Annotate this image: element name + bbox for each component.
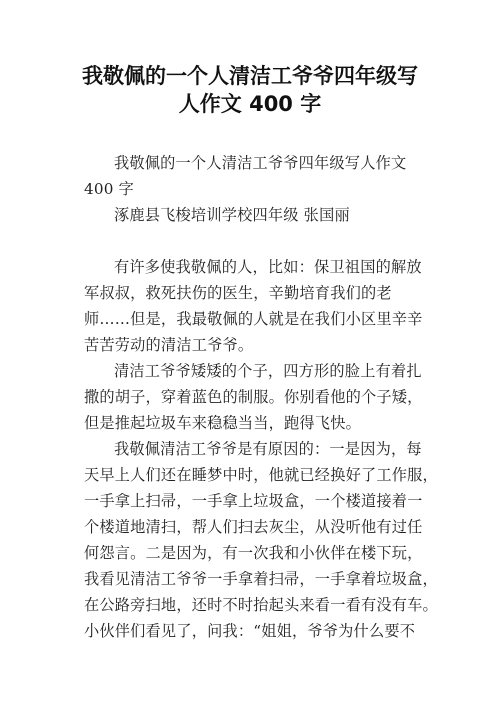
author-line: 涿鹿县飞梭培训学校四年级 张国丽 [84,202,430,228]
title-line-1: 我敬佩的一个人清洁工爷爷四年级写 [0,62,500,90]
paragraph-line: 苦苦劳动的清洁工爷爷。 [84,332,430,358]
paragraph-line: 在公路旁扫地，还时不时抬起头来看一看有没有车。 [84,592,430,618]
paragraph-line: 我敬佩清洁工爷爷是有原因的：一是因为，每 [84,436,430,462]
paragraph-line: 清洁工爷爷矮矮的个子，四方形的脸上有着扎 [84,358,430,384]
paragraph-line: 天早上人们还在睡梦中时，他就已经换好了工作服， [84,462,430,488]
document-title: 我敬佩的一个人清洁工爷爷四年级写 人作文 400 字 [0,62,500,118]
paragraph-line: 我看见清洁工爷爷一手拿着扫帚，一手拿着垃圾盒， [84,566,430,592]
paragraph-line: 师……但是，我最敬佩的人就是在我们小区里辛辛 [84,306,430,332]
document-body: 我敬佩的一个人清洁工爷爷四年级写人作文 400 字 涿鹿县飞梭培训学校四年级 张… [84,150,430,644]
paragraph-line: 但是推起垃圾车来稳稳当当，跑得飞快。 [84,410,430,436]
paragraph-1: 有许多使我敬佩的人，比如：保卫祖国的解放 军叔叔，救死扶伤的医生，辛勤培育我们的… [84,254,430,358]
document-header: 我敬佩的一个人清洁工爷爷四年级写人作文 400 字 涿鹿县飞梭培训学校四年级 张… [84,150,430,228]
paragraph-line: 小伙伴们看见了，问我：“姐姐，爷爷为什么要不 [84,618,430,644]
paragraph-line: 军叔叔，救死扶伤的医生，辛勤培育我们的老 [84,280,430,306]
paragraph-3: 我敬佩清洁工爷爷是有原因的：一是因为，每 天早上人们还在睡梦中时，他就已经换好了… [84,436,430,644]
title-line-2: 人作文 400 字 [0,90,500,118]
paragraph-line: 何怨言。二是因为，有一次我和小伙伴在楼下玩， [84,540,430,566]
paragraph-line: 一手拿上扫帚，一手拿上垃圾盒，一个楼道接着一 [84,488,430,514]
spacer [84,228,430,254]
paragraph-line: 个楼道地清扫，帮人们扫去灰尘，从没听他有过任 [84,514,430,540]
paragraph-line: 撒的胡子，穿着蓝色的制服。你别看他的个子矮， [84,384,430,410]
paragraph-2: 清洁工爷爷矮矮的个子，四方形的脸上有着扎 撒的胡子，穿着蓝色的制服。你别看他的个… [84,358,430,436]
subtitle-line-2: 400 字 [84,176,430,202]
subtitle-line-1: 我敬佩的一个人清洁工爷爷四年级写人作文 [84,150,430,176]
paragraph-line: 有许多使我敬佩的人，比如：保卫祖国的解放 [84,254,430,280]
